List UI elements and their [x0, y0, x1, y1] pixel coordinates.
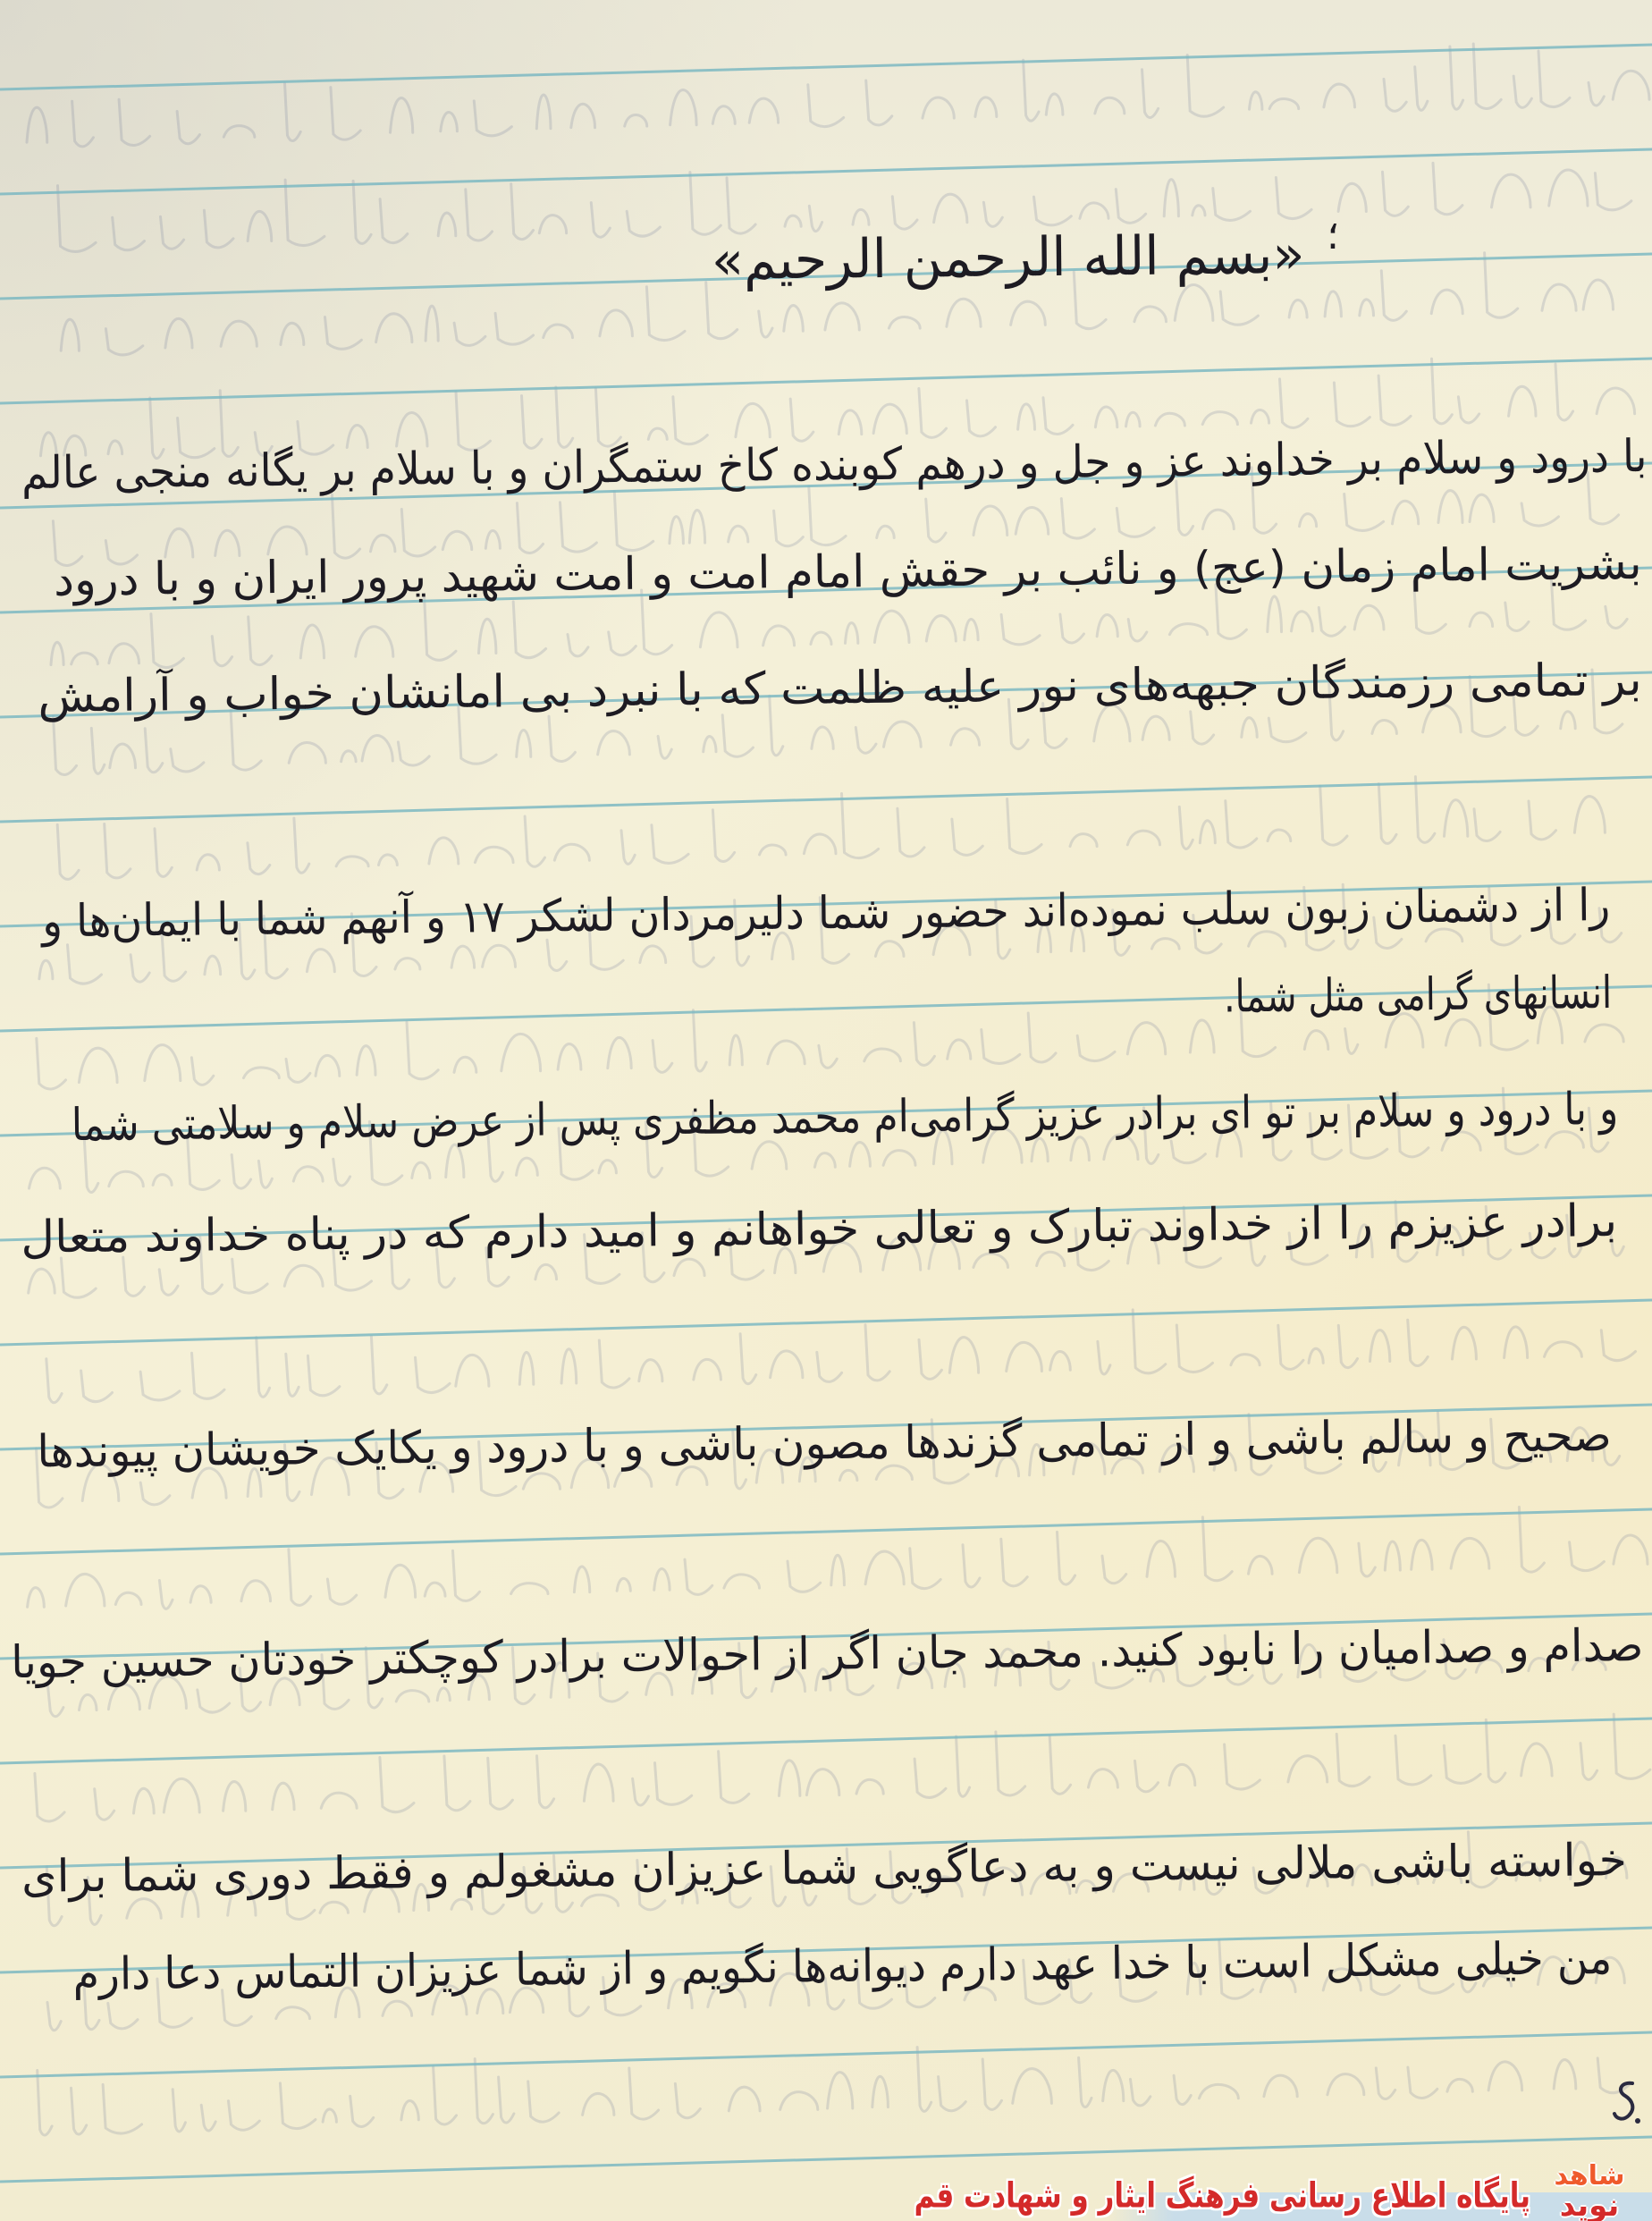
- ink-mark: [1606, 2076, 1648, 2130]
- logo-text-shahed: شاهد: [1534, 2162, 1645, 2191]
- letter-line: انسانهای گرامی مثل شما.: [1223, 961, 1612, 1028]
- letter-heading: «بسم الله الرحمن الرحیم»: [711, 219, 1304, 297]
- watermark-tagline: پایگاه اطلاع رسانی فرهنگ ایثار و شهادت ق…: [914, 2176, 1530, 2217]
- heading-mark: ؛: [1327, 213, 1339, 258]
- navid-shahed-logo: شاهد نوید: [1534, 2162, 1645, 2221]
- logo-text-navid: نوید: [1534, 2191, 1645, 2221]
